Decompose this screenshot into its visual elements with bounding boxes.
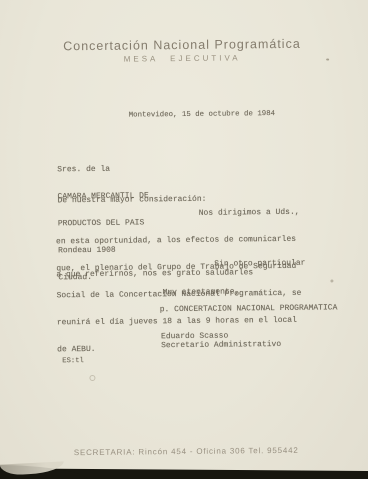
paragraph2-first-line: Sin otro particular [214, 259, 305, 269]
date-line: Montevideo, 15 de octubre de 1984 [129, 110, 275, 121]
letterhead-title: Concertación Nacional Programática [0, 36, 366, 54]
salutation-line: De nuestra mayor consideración: [58, 195, 207, 206]
letterhead-footer: SECRETARIA: Rincón 454 - Oficina 306 Tel… [2, 445, 368, 458]
scan-content-layer: Concertación Nacional Programática MESA … [0, 0, 368, 479]
signer-title: Secretario Administrativo [161, 340, 281, 350]
scan-speck [330, 279, 333, 282]
typist-initials: ES:tl [62, 357, 84, 366]
letterhead-subtitle: MESA EJECUTIVA [0, 52, 366, 65]
scan-speck [326, 58, 329, 60]
valediction-line: Muy atentamente, [163, 287, 240, 297]
on-behalf-line: p. CONCERTACION NACIONAL PROGRAMATICA [160, 303, 338, 314]
paragraph1-line: en esta oportunidad, a los efectos de co… [56, 235, 301, 247]
scan-speck [89, 375, 95, 381]
scanned-letter-page: Concertación Nacional Programática MESA … [0, 0, 368, 479]
recipient-line: Sres. de la [57, 164, 148, 174]
paragraph1-line: reunirá el día jueves 18 a las 9 horas e… [57, 316, 302, 328]
